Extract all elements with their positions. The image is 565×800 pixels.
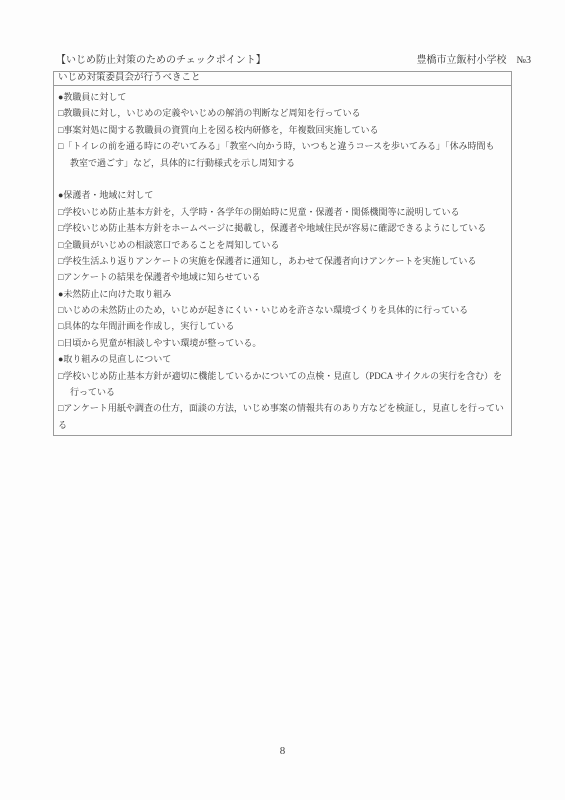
checklist-line: □学校いじめ防止基本方針をホームページに掲載し，保護者や地域住民が容易に確認でき…	[58, 220, 508, 236]
checklist-section-heading: ●取り組みの見直しについて	[58, 351, 508, 367]
checklist-line: □具体的な年間計画を作成し，実行している	[58, 318, 508, 334]
checklist-line: 行っている	[58, 384, 508, 400]
checklist-blank-line	[58, 171, 508, 187]
document-header: 【いじめ防止対策のためのチェックポイント】 豊橋市立飯村小学校 №3	[56, 54, 531, 67]
checklist-line: □アンケートの結果を保護者や地域に知らせている	[58, 269, 508, 285]
checklist-line: □事案対処に関する教職員の資質向上を図る校内研修を，年複数回実施している	[58, 122, 508, 138]
checklist-line: □「トイレの前を通る時にのぞいてみる」「教室へ向かう時，いつもと違うコースを歩い…	[58, 138, 508, 154]
checklist-line: □全職員がいじめの相談窓口であることを周知している	[58, 237, 508, 253]
checklist-line: □いじめの未然防止のため，いじめが起きにくい・いじめを許さない環境づくりを具体的…	[58, 302, 508, 318]
checklist-line: □学校いじめ防止基本方針を，入学時・各学年の開始時に児童・保護者・関係機関等に説…	[58, 204, 508, 220]
checklist-section-heading: ●保護者・地域に対して	[58, 187, 508, 203]
checklist-line: る	[58, 417, 508, 433]
checklist-line: □教職員に対し，いじめの定義やいじめの解消の判断など周知を行っている	[58, 105, 508, 121]
school-name-and-number: 豊橋市立飯村小学校 №3	[416, 54, 531, 67]
checklist-body: ●教職員に対して□教職員に対し，いじめの定義やいじめの解消の判断など周知を行って…	[54, 86, 511, 435]
checklist-line: □学校いじめ防止基本方針が適切に機能しているかについての点検・見直し（PDCA …	[58, 368, 508, 384]
document-page: 【いじめ防止対策のためのチェックポイント】 豊橋市立飯村小学校 №3 いじめ対策…	[0, 0, 565, 800]
checklist-line: □アンケート用紙や調査の仕方，面談の方法，いじめ事案の情報共有のあり方などを検証…	[58, 400, 508, 416]
checklist-section-heading: ●未然防止に向けた取り組み	[58, 286, 508, 302]
checklist-line: □日頃から児童が相談しやすい環境が整っている。	[58, 335, 508, 351]
checklist-line: 教室で過ごす」など，具体的に行動様式を示し周知する	[58, 155, 508, 171]
document-title: 【いじめ防止対策のためのチェックポイント】	[56, 54, 266, 67]
checklist-table-title: いじめ対策委員会が行うべきこと	[54, 72, 511, 86]
checklist-section-heading: ●教職員に対して	[58, 89, 508, 105]
checklist-table: いじめ対策委員会が行うべきこと ●教職員に対して□教職員に対し，いじめの定義やい…	[53, 71, 512, 436]
page-number: 8	[0, 745, 565, 757]
checklist-line: □学校生活ふり返りアンケートの実施を保護者に通知し，あわせて保護者向けアンケート…	[58, 253, 508, 269]
